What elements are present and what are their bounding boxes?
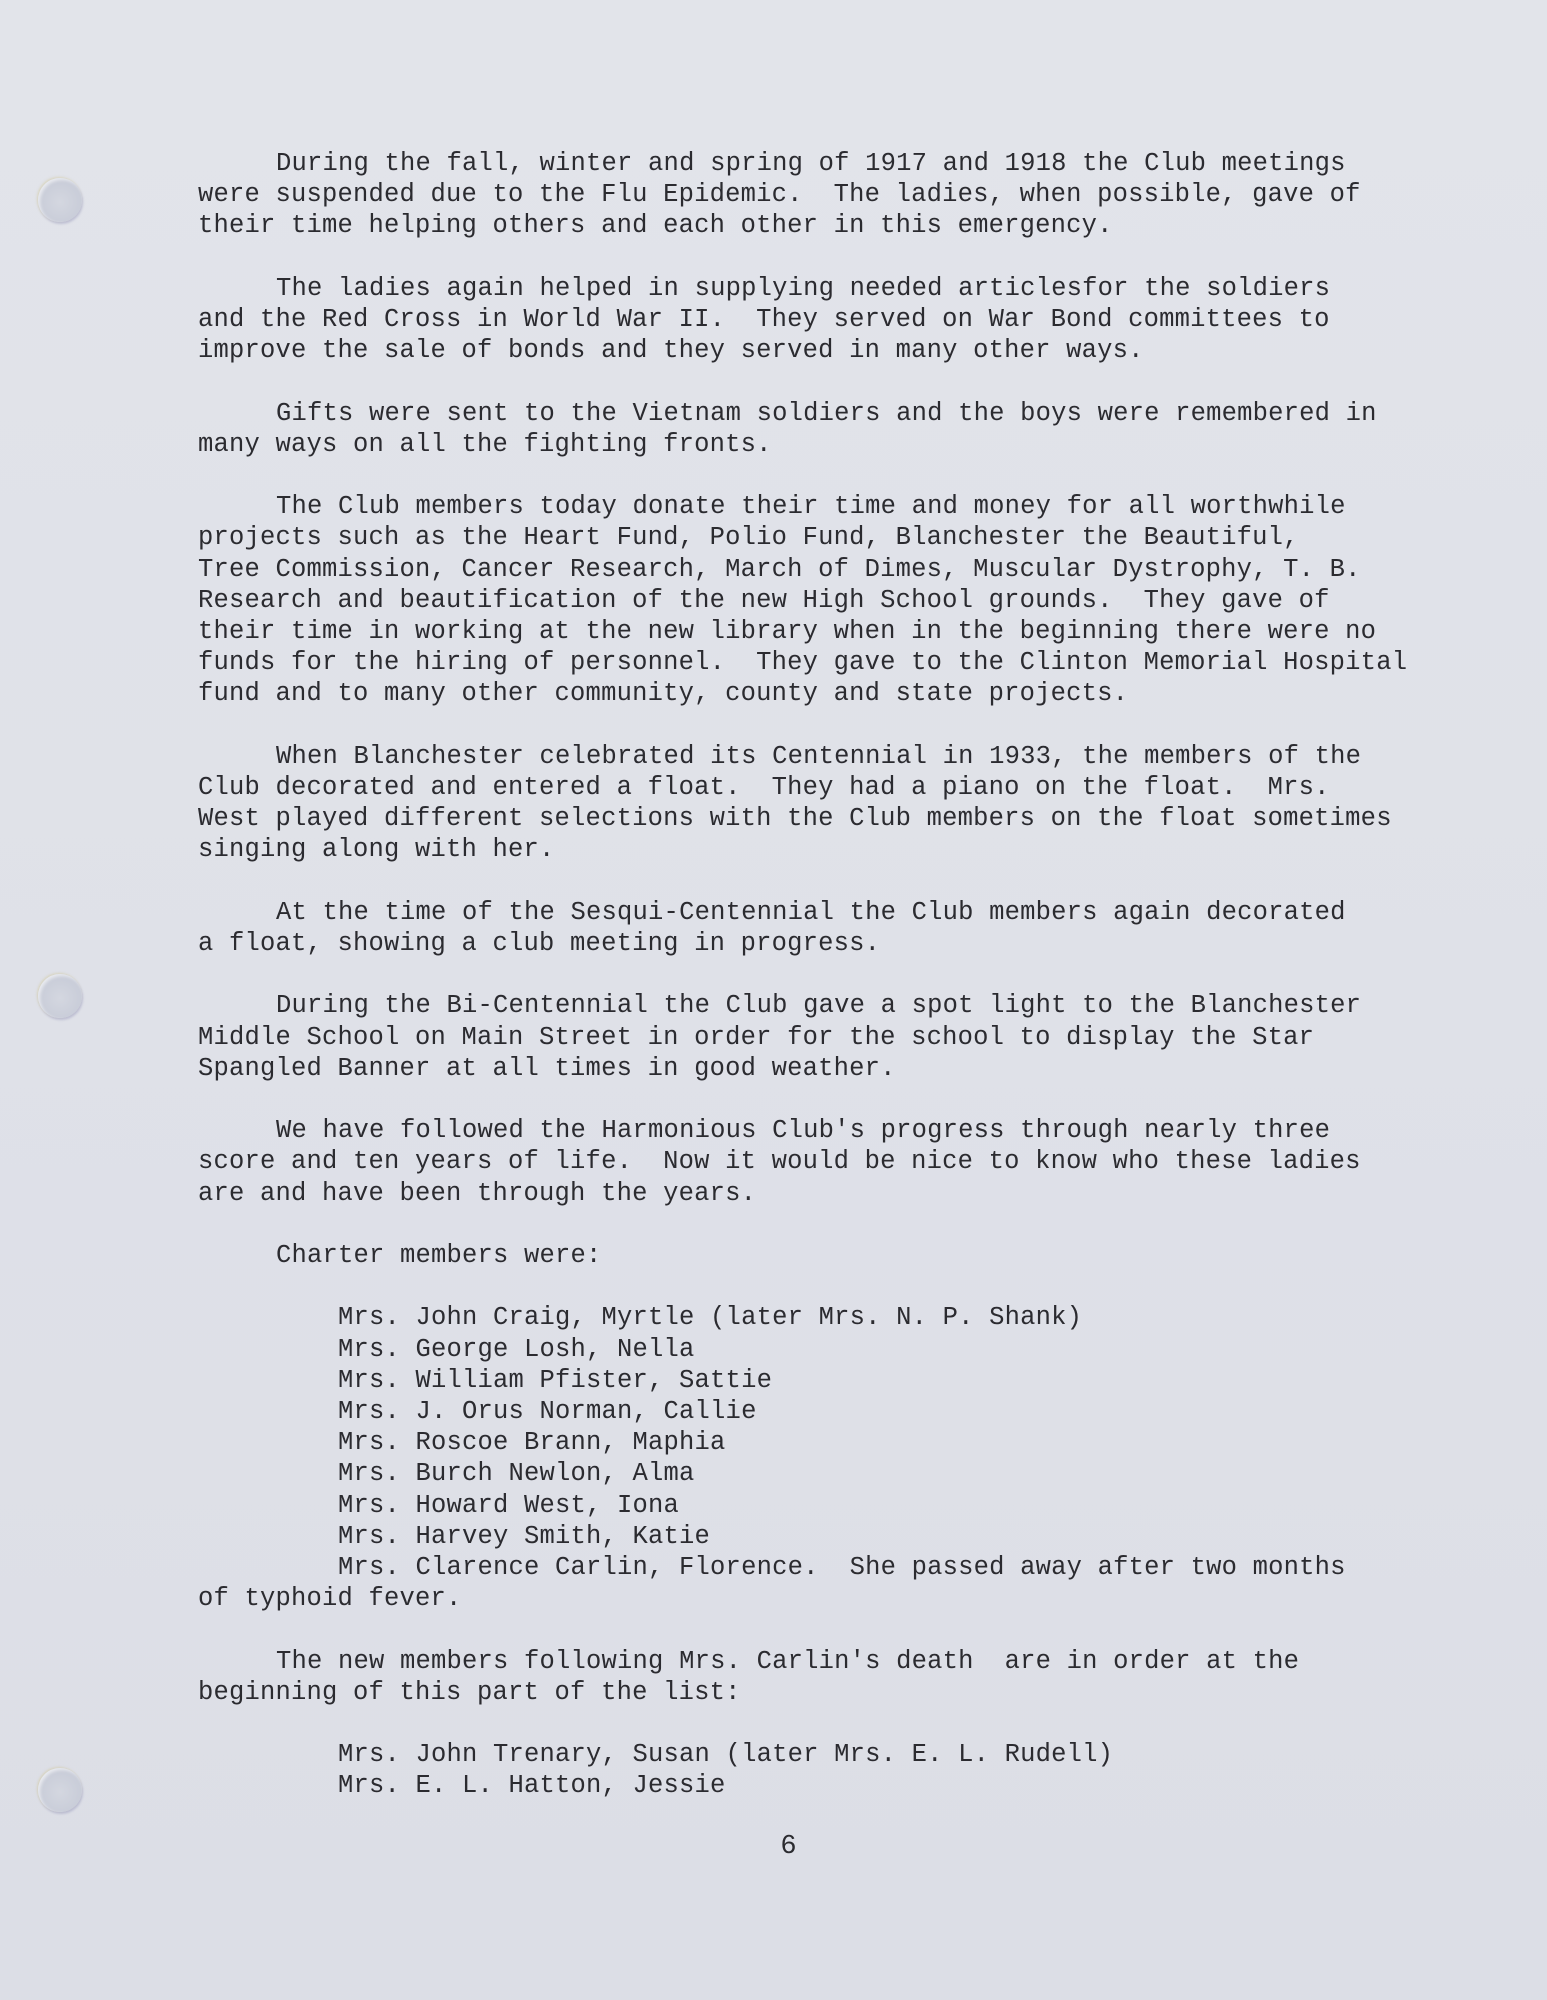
text-line: beginning of this part of the list: <box>198 1677 1428 1708</box>
text-line: During the fall, winter and spring of 19… <box>198 148 1428 179</box>
text-line: We have followed the Harmonious Club's p… <box>198 1115 1428 1146</box>
list-item: Mrs. Roscoe Brann, Maphia <box>198 1427 1428 1458</box>
page-number: 6 <box>0 1832 1547 1862</box>
paragraph-vietnam: Gifts were sent to the Vietnam soldiers … <box>198 398 1428 460</box>
new-members-list: Mrs. John Trenary, Susan (later Mrs. E. … <box>198 1739 1428 1801</box>
paragraph-centennial: When Blanchester celebrated its Centenni… <box>198 741 1428 866</box>
text-line: a float, showing a club meeting in progr… <box>198 928 1428 959</box>
text-line: Research and beautification of the new H… <box>198 585 1428 616</box>
list-item: Mrs. J. Orus Norman, Callie <box>198 1396 1428 1427</box>
list-item: Mrs. Howard West, Iona <box>198 1490 1428 1521</box>
punch-hole-top <box>38 178 82 222</box>
list-item: Mrs. E. L. Hatton, Jessie <box>198 1770 1428 1801</box>
paragraph-new-members-intro: The new members following Mrs. Carlin's … <box>198 1646 1428 1708</box>
text-line: Tree Commission, Cancer Research, March … <box>198 554 1428 585</box>
document-body: During the fall, winter and spring of 19… <box>198 148 1428 1833</box>
text-line: many ways on all the fighting fronts. <box>198 429 1428 460</box>
list-item: Mrs. Burch Newlon, Alma <box>198 1458 1428 1489</box>
list-item: Mrs. George Losh, Nella <box>198 1334 1428 1365</box>
text-line: The new members following Mrs. Carlin's … <box>198 1646 1428 1677</box>
text-line: When Blanchester celebrated its Centenni… <box>198 741 1428 772</box>
text-line: improve the sale of bonds and they serve… <box>198 335 1428 366</box>
text-line: The Club members today donate their time… <box>198 491 1428 522</box>
text-line: funds for the hiring of personnel. They … <box>198 647 1428 678</box>
list-item: Mrs. Clarence Carlin, Florence. She pass… <box>198 1552 1428 1583</box>
text-line: their time helping others and each other… <box>198 210 1428 241</box>
text-line: Club decorated and entered a float. They… <box>198 772 1428 803</box>
text-line: are and have been through the years. <box>198 1178 1428 1209</box>
list-item: Mrs. John Craig, Myrtle (later Mrs. N. P… <box>198 1302 1428 1333</box>
charter-members-list: Mrs. John Craig, Myrtle (later Mrs. N. P… <box>198 1302 1428 1614</box>
text-line: score and ten years of life. Now it woul… <box>198 1146 1428 1177</box>
typed-page: During the fall, winter and spring of 19… <box>0 0 1547 2000</box>
text-line: fund and to many other community, county… <box>198 678 1428 709</box>
punch-hole-bottom <box>38 1768 82 1812</box>
list-item: Mrs. Harvey Smith, Katie <box>198 1521 1428 1552</box>
text-line: Spangled Banner at all times in good wea… <box>198 1053 1428 1084</box>
text-line: singing along with her. <box>198 834 1428 865</box>
text-line: their time in working at the new library… <box>198 616 1428 647</box>
punch-hole-middle <box>38 974 82 1018</box>
list-item: Mrs. John Trenary, Susan (later Mrs. E. … <box>198 1739 1428 1770</box>
paragraph-donations: The Club members today donate their time… <box>198 491 1428 709</box>
text-line: projects such as the Heart Fund, Polio F… <box>198 522 1428 553</box>
text-line: The ladies again helped in supplying nee… <box>198 273 1428 304</box>
charter-heading-block: Charter members were: <box>198 1240 1428 1271</box>
paragraph-sesqui-centennial: At the time of the Sesqui-Centennial the… <box>198 897 1428 959</box>
charter-note-continuation: of typhoid fever. <box>198 1583 1428 1614</box>
list-item: Mrs. William Pfister, Sattie <box>198 1365 1428 1396</box>
paragraph-bi-centennial: During the Bi-Centennial the Club gave a… <box>198 990 1428 1084</box>
paragraph-flu-epidemic: During the fall, winter and spring of 19… <box>198 148 1428 242</box>
text-line: were suspended due to the Flu Epidemic. … <box>198 179 1428 210</box>
text-line: During the Bi-Centennial the Club gave a… <box>198 990 1428 1021</box>
text-line: At the time of the Sesqui-Centennial the… <box>198 897 1428 928</box>
text-line: Middle School on Main Street in order fo… <box>198 1022 1428 1053</box>
charter-members-heading: Charter members were: <box>198 1240 1428 1271</box>
paragraph-world-war-ii: The ladies again helped in supplying nee… <box>198 273 1428 367</box>
text-line: and the Red Cross in World War II. They … <box>198 304 1428 335</box>
paragraph-club-progress: We have followed the Harmonious Club's p… <box>198 1115 1428 1209</box>
text-line: Gifts were sent to the Vietnam soldiers … <box>198 398 1428 429</box>
text-line: West played different selections with th… <box>198 803 1428 834</box>
